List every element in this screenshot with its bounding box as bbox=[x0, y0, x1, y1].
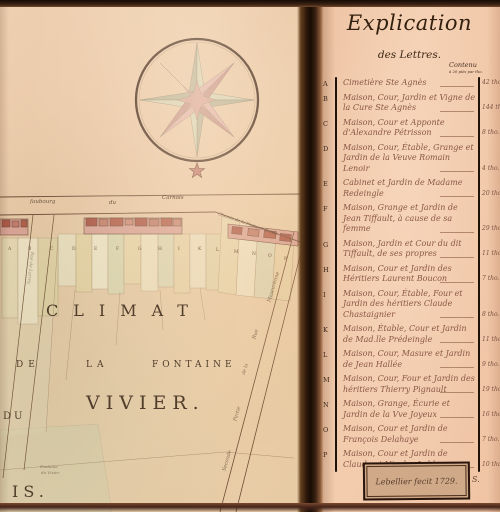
map-label-de: DE bbox=[16, 361, 40, 370]
parcel-letter: G bbox=[138, 247, 142, 252]
row-letter: F bbox=[323, 204, 328, 215]
map-label-fontaine: FONTAINE bbox=[152, 361, 236, 370]
legend-row: DMaison, Cour, Étable, Grange et Jardin … bbox=[343, 143, 476, 175]
row-value: 11 tho. bbox=[482, 249, 500, 260]
row-letter: I bbox=[323, 290, 326, 301]
legend-row: MMaison, Cour, Four et Jardin des hériti… bbox=[343, 374, 476, 395]
parcel-letter: D bbox=[72, 247, 76, 252]
map-label-is: IS. bbox=[12, 484, 49, 500]
parcel-letter: F bbox=[116, 247, 119, 252]
map-label-du2: DU bbox=[3, 412, 25, 422]
parcel-letter: L bbox=[216, 248, 219, 253]
compass-rose bbox=[136, 39, 258, 178]
row-description: Cimetière Ste Agnès bbox=[343, 78, 426, 87]
row-letter: G bbox=[323, 240, 328, 251]
legend-row: OMaison, Cour et Jardin de François Dela… bbox=[343, 424, 476, 445]
row-letter: M bbox=[323, 375, 330, 386]
legend-row: IMaison, Cour, Étable, Four et Jardin de… bbox=[343, 289, 476, 321]
map-label-fountain-1: Fontaine bbox=[40, 465, 58, 469]
row-letter: E bbox=[323, 179, 328, 190]
row-value: 7 tho. bbox=[482, 435, 499, 446]
row-value: 19 tho. bbox=[482, 385, 500, 396]
row-letter: K bbox=[323, 325, 328, 336]
legend-row: LMaison, Cour, Masure et Jardin de Jean … bbox=[343, 349, 476, 370]
row-value: 16 tho. bbox=[482, 410, 500, 421]
row-value: 9 tho. bbox=[482, 360, 499, 371]
parcel-letter: M bbox=[234, 250, 239, 255]
row-description: Cabinet et Jardin de Madame Redeingle bbox=[343, 178, 462, 198]
compass-center-star bbox=[177, 80, 217, 120]
map-label-la: LA bbox=[86, 361, 108, 370]
row-description: Maison, Cour, Étable, Grange et Jardin d… bbox=[343, 143, 474, 173]
row-description: Maison, Cour, Étable, Four et Jardin des… bbox=[343, 289, 463, 319]
row-description: Maison, Cour et Jardin de François Delah… bbox=[343, 424, 448, 444]
parcel-letter: K bbox=[198, 247, 201, 252]
parcel-letter: O bbox=[268, 254, 272, 259]
map-label-du: du bbox=[109, 201, 116, 207]
row-letter: N bbox=[323, 400, 329, 411]
row-value: 29 tho. bbox=[482, 224, 500, 235]
map-page: faubourg du Carnois Chemin de la Fontain… bbox=[0, 0, 303, 512]
row-value: 11 tho. bbox=[482, 335, 500, 346]
map-label-faubourg: faubourg bbox=[30, 200, 55, 206]
row-description: Maison, Étable, Cour et Jardin de Mad.ll… bbox=[343, 324, 467, 344]
legend-row: CMaison, Cour et Apponte d'Alexandre Pét… bbox=[343, 118, 476, 139]
map-label-carnois: Carnois bbox=[162, 196, 184, 202]
legend-row: ACimetière Ste Agnès42 tho. bbox=[343, 78, 476, 89]
parcel-letter: H bbox=[158, 247, 162, 252]
legend-row: HMaison, Cour et Jardin des Héritiers La… bbox=[343, 264, 476, 285]
legend-row: FMaison, Grange et Jardin de Jean Tiffau… bbox=[343, 203, 476, 235]
contenu-subheader: à 20 piés par tho. bbox=[449, 69, 499, 74]
legend-table: ACimetière Ste Agnès42 tho. BMaison, Cou… bbox=[343, 78, 476, 474]
parcel-letter: C bbox=[50, 247, 53, 252]
row-letter: B bbox=[323, 94, 328, 105]
row-letter: H bbox=[323, 265, 329, 276]
row-value: 8 tho. bbox=[482, 128, 499, 139]
legend-row: KMaison, Étable, Cour et Jardin de Mad.l… bbox=[343, 324, 476, 345]
map-svg bbox=[0, 0, 303, 512]
page-mark: S. bbox=[472, 475, 480, 484]
legend-page: Explication des Lettres. Contenu à 20 pi… bbox=[319, 0, 500, 512]
row-letter: A bbox=[323, 79, 328, 90]
row-description: Maison, Grange et Jardin de Jean Tiffaul… bbox=[343, 203, 458, 233]
legend-row: BMaison, Cour, Jardin et Vigne de la Cur… bbox=[343, 93, 476, 114]
map-label-climat: CLIMAT bbox=[46, 303, 203, 319]
scanned-map-album: faubourg du Carnois Chemin de la Fontain… bbox=[0, 0, 500, 512]
contenu-header: Contenu bbox=[449, 61, 499, 69]
map-label-vivier: VIVIER. bbox=[86, 394, 205, 413]
parcel-letter: E bbox=[94, 247, 97, 252]
contenu-header-block: Contenu à 20 piés par tho. bbox=[449, 61, 499, 74]
row-description: Maison, Cour, Jardin et Vigne de la Cure… bbox=[343, 93, 475, 113]
legend-row: GMaison, Jardin et Cour du dit Tiffault,… bbox=[343, 239, 476, 260]
signature-cartouche: Lebellier fecit 1729. bbox=[363, 461, 470, 500]
legend-rule-left bbox=[335, 77, 337, 472]
row-description: Maison, Cour et Apponte d'Alexandre Pétr… bbox=[343, 118, 445, 138]
row-letter: D bbox=[323, 144, 328, 155]
row-description: Maison, Grange, Écurie et Jardin de la V… bbox=[343, 399, 450, 419]
row-description: Maison, Cour, Four et Jardin des héritie… bbox=[343, 374, 475, 394]
compass-star bbox=[140, 43, 254, 157]
row-value: 10 tho. bbox=[482, 460, 500, 471]
parcel-letter: A bbox=[8, 247, 11, 252]
parcel-letter: B bbox=[28, 247, 31, 252]
row-letter: P bbox=[323, 450, 327, 461]
top-border-bar bbox=[0, 0, 500, 7]
row-value: 144 tho. bbox=[482, 103, 500, 114]
south-star-icon bbox=[189, 163, 204, 178]
parcel-letter: P bbox=[284, 257, 287, 262]
bottom-border-bar bbox=[0, 503, 500, 512]
legend-rule-right bbox=[478, 77, 480, 472]
page-gutter bbox=[297, 0, 323, 512]
parcel-letter: I bbox=[178, 247, 180, 252]
row-letter: C bbox=[323, 119, 328, 130]
row-value: 7 tho. bbox=[482, 274, 499, 285]
row-letter: O bbox=[323, 425, 328, 436]
legend-subtitle: des Lettres. bbox=[319, 49, 500, 61]
row-value: 4 tho. bbox=[482, 164, 499, 175]
legend-title: Explication bbox=[319, 11, 500, 35]
row-value: 20 tho. bbox=[482, 189, 500, 200]
map-label-fountain-2: du Vivier bbox=[41, 471, 59, 475]
legend-row: ECabinet et Jardin de Madame Redeingle20… bbox=[343, 178, 476, 199]
parcel-letter: N bbox=[252, 252, 256, 257]
row-value: 42 tho. bbox=[482, 78, 500, 89]
row-letter: L bbox=[323, 350, 327, 361]
row-description: Maison, Jardin et Cour du dit Tiffault, … bbox=[343, 239, 462, 259]
signature-text: Lebellier fecit 1729. bbox=[375, 476, 457, 486]
row-value: 8 tho. bbox=[482, 310, 499, 321]
row-description: Maison, Cour, Masure et Jardin de Jean H… bbox=[343, 349, 470, 369]
legend-row: NMaison, Grange, Écurie et Jardin de la … bbox=[343, 399, 476, 420]
row-description: Maison, Cour et Jardin des Héritiers Lau… bbox=[343, 264, 452, 284]
